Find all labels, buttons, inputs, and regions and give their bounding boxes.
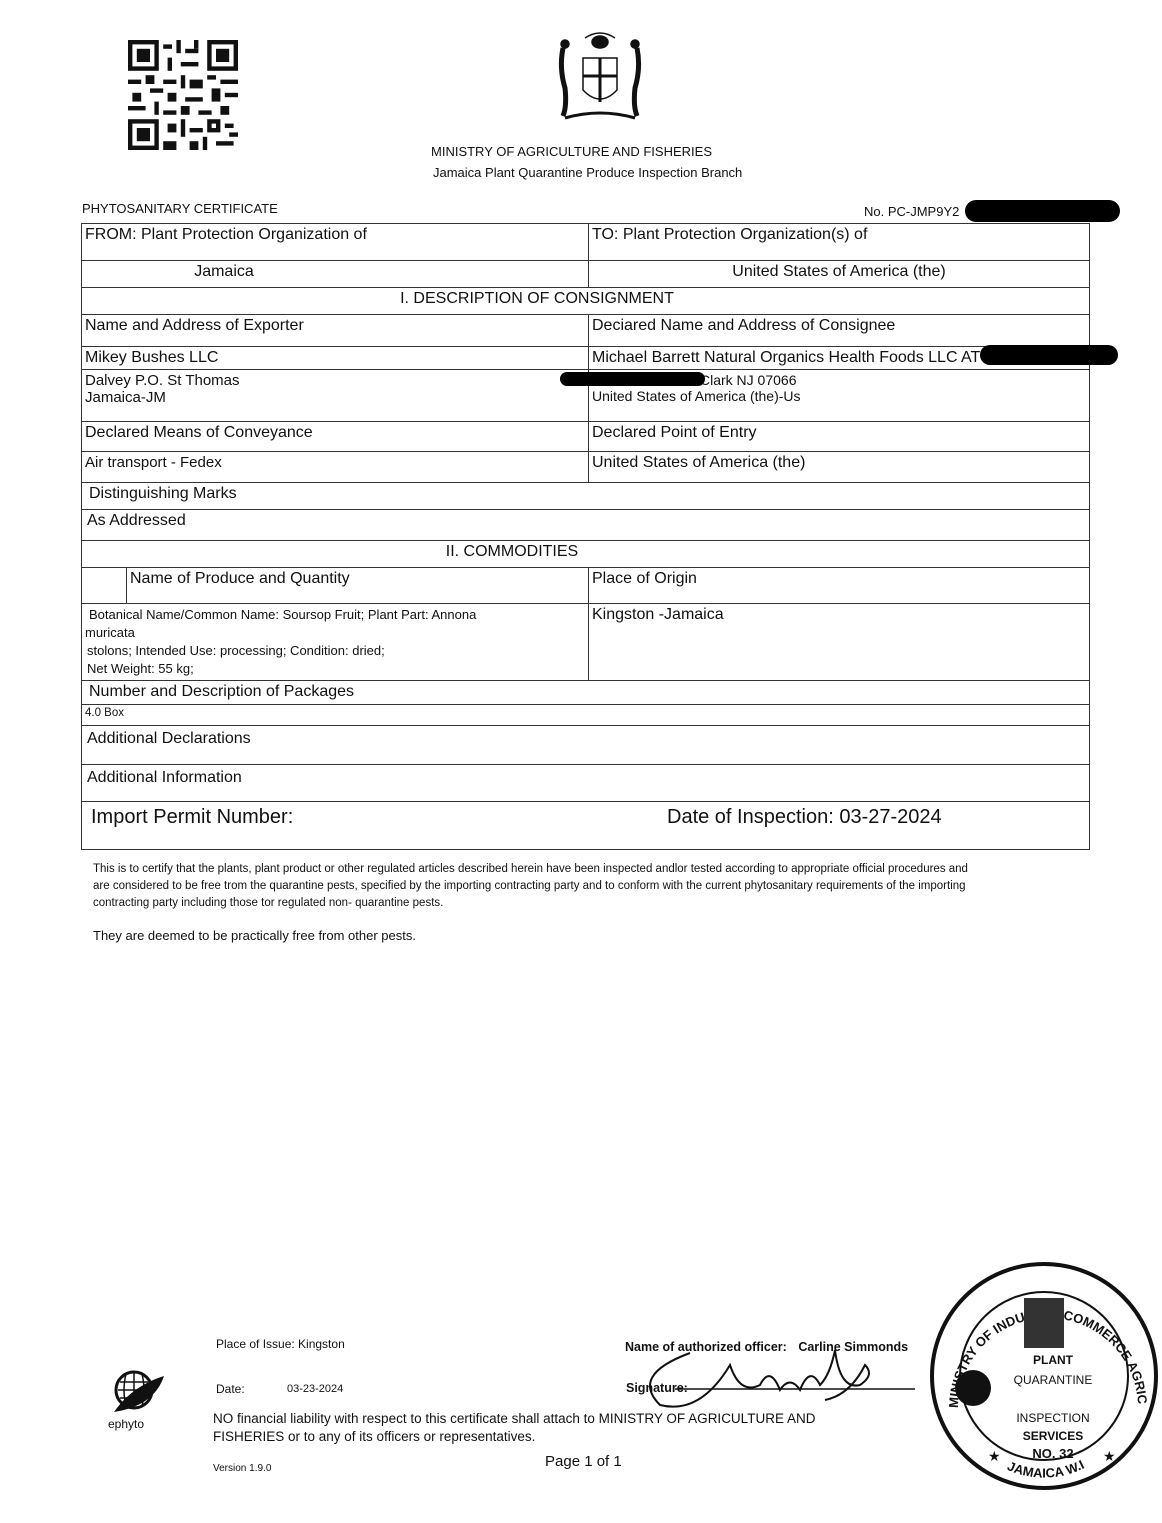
packages-label: Number and Description of Packages [82,681,1090,705]
exporter-address-line-2: Jamaica-JM [85,389,585,406]
exporter-label: Name and Address of Exporter [82,315,589,347]
branch-name: Jamaica Plant Quarantine Produce Inspect… [433,165,742,180]
produce-line: stolons; Intended Use: processing; Condi… [85,642,585,660]
quarantine-stamp-icon: MINISTRY OF INDUSTRY COMMERCE AGRICULTUR… [928,1258,1160,1494]
conveyance-value: Air transport - Fedex [82,452,589,483]
stamp-line-3: INSPECTION [1016,1411,1089,1425]
produce-line: Net Weight: 55 kg; [85,660,585,678]
produce-description: Botanical Name/Common Name: Soursop Frui… [82,604,589,681]
certification-statement: This is to certify that the plants, plan… [93,861,973,912]
redaction-mark [965,200,1120,222]
produce-line: Botanical Name/Common Name: Soursop Frui… [85,606,585,624]
exporter-name: Mikey Bushes LLC [82,347,589,370]
pest-free-statement: They are deemed to be practically free f… [93,928,416,943]
origin-label: Place of Origin [589,568,1090,604]
version: Version 1.9.0 [213,1463,271,1474]
exporter-address-line-1: Dalvey P.O. St Thomas [85,372,585,389]
section-2-title: II. COMMODITIES [82,541,1090,568]
consignee-label: Deciared Name and Address of Consignee [589,315,1090,347]
ephyto-logo-icon [108,1366,168,1422]
import-permit-label: Import Permit Number: [85,806,293,828]
produce-label: Name of Produce and Quantity [127,568,589,604]
qr-code-icon [128,40,238,150]
issue-date: 03-23-2024 [287,1383,343,1395]
redaction-mark [980,345,1118,365]
certificate-number: No. PC-JMP9Y2 [864,204,959,219]
ephyto-label: ephyto [108,1417,144,1431]
produce-line: muricata [85,624,585,642]
svg-text:★: ★ [1103,1448,1116,1464]
entry-value: United States of America (the) [589,452,1090,483]
page-number: Page 1 of 1 [545,1453,622,1470]
redaction-mark [560,372,705,386]
inspection-date: Date of Inspection: 03-27-2024 [667,806,942,829]
ministry-header: MINISTRY OF AGRICULTURE AND FISHERIES Ja… [0,144,1162,184]
blank-cell [82,568,127,604]
consignee-address-line-2: United States of America (the)-Us [592,388,1086,404]
svg-text:★: ★ [988,1448,1001,1464]
conveyance-label: Declared Means of Conveyance [82,422,589,452]
marks-value: As Addressed [82,510,1090,541]
stamp-line-1: PLANT [1033,1353,1074,1367]
additional-info-label: Additional Information [82,765,1090,802]
additional-declarations-label: Additional Declarations [82,726,1090,765]
place-of-issue: Place of Issue: Kingston [216,1337,345,1351]
coat-of-arms-icon [545,28,655,128]
packages-value: 4.0 Box [82,705,1090,726]
from-country: Jamaica [82,261,589,288]
section-1-title: I. DESCRIPTION OF CONSIGNMENT [82,288,1090,315]
issue-date-label: Date: [216,1382,245,1396]
stamp-line-4: SERVICES [1023,1429,1083,1443]
stamp-line-5: NO. 32 [1032,1446,1073,1461]
exporter-address: Dalvey P.O. St Thomas Jamaica-JM [82,370,589,422]
certificate-form: FROM: Plant Protection Organization of T… [81,223,1090,850]
document-title: PHYTOSANITARY CERTIFICATE [82,201,278,216]
permit-row: Import Permit Number: Date of Inspection… [82,802,1090,850]
to-label: TO: Plant Protection Organization(s) of [589,224,1090,261]
origin-value: Kingston -Jamaica [589,604,1090,681]
signature-icon [620,1345,920,1425]
entry-label: Declared Point of Entry [589,422,1090,452]
ministry-name: MINISTRY OF AGRICULTURE AND FISHERIES [431,144,712,159]
liability-line-2: FISHERIES or to any of its officers or r… [213,1429,535,1444]
to-country: United States of America (the) [589,261,1090,288]
marks-label: Distinguishing Marks [82,483,1090,510]
from-label: FROM: Plant Protection Organization of [82,224,589,261]
stamp-line-2: QUARANTINE [1014,1373,1093,1387]
